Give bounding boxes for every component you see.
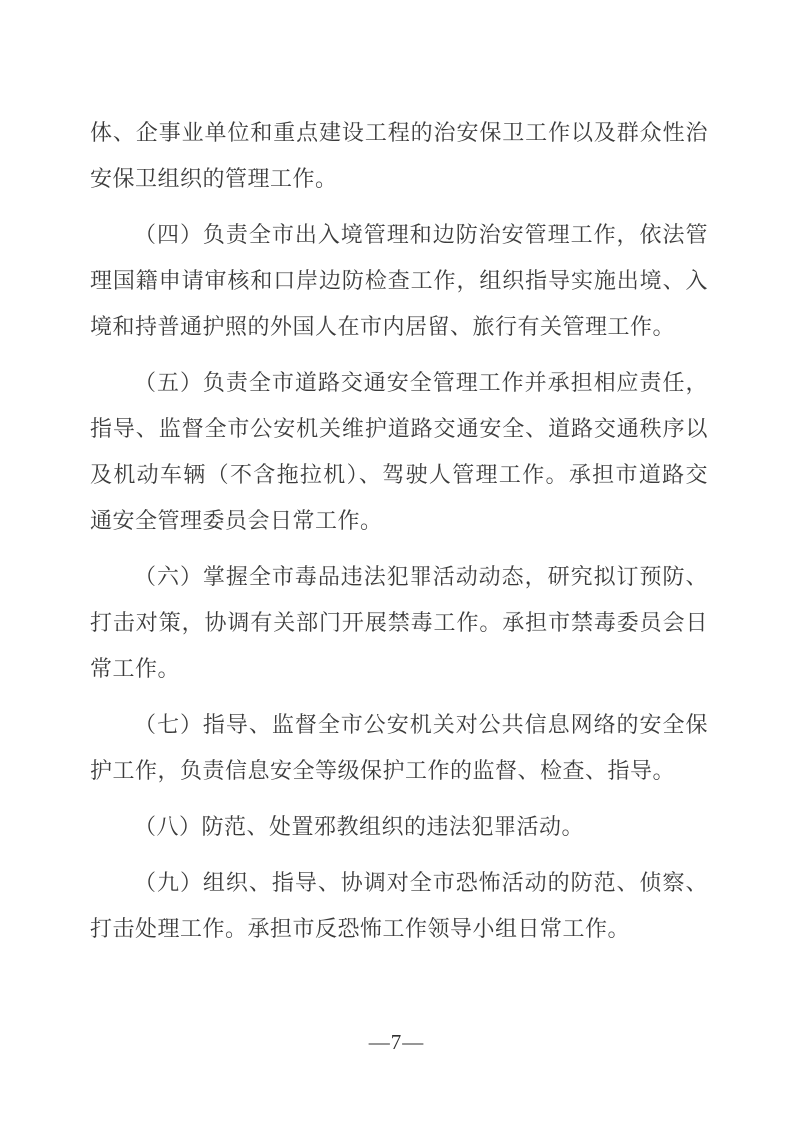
paragraph-item-5: （五）负责全市道路交通安全管理工作并承担相应责任，指导、监督全市公安机关维护道路… [90, 360, 708, 544]
paragraph-continuation: 体、企事业单位和重点建设工程的治安保卫工作以及群众性治安保卫组织的管理工作。 [90, 110, 708, 202]
paragraph-item-4: （四）负责全市出入境管理和边防治安管理工作，依法管理国籍申请审核和口岸边防检查工… [90, 212, 708, 350]
page-number: —7— [0, 1030, 793, 1055]
paragraph-item-7: （七）指导、监督全市公安机关对公共信息网络的安全保护工作，负责信息安全等级保护工… [90, 702, 708, 794]
document-body: 体、企事业单位和重点建设工程的治安保卫工作以及群众性治安保卫组织的管理工作。 （… [90, 110, 708, 962]
document-page: 体、企事业单位和重点建设工程的治安保卫工作以及群众性治安保卫组织的管理工作。 （… [0, 0, 793, 1122]
paragraph-item-9: （九）组织、指导、协调对全市恐怖活动的防范、侦察、打击处理工作。承担市反恐怖工作… [90, 860, 708, 952]
paragraph-item-6: （六）掌握全市毒品违法犯罪活动动态，研究拟订预防、打击对策，协调有关部门开展禁毒… [90, 554, 708, 692]
paragraph-item-8: （八）防范、处置邪教组织的违法犯罪活动。 [90, 804, 708, 850]
